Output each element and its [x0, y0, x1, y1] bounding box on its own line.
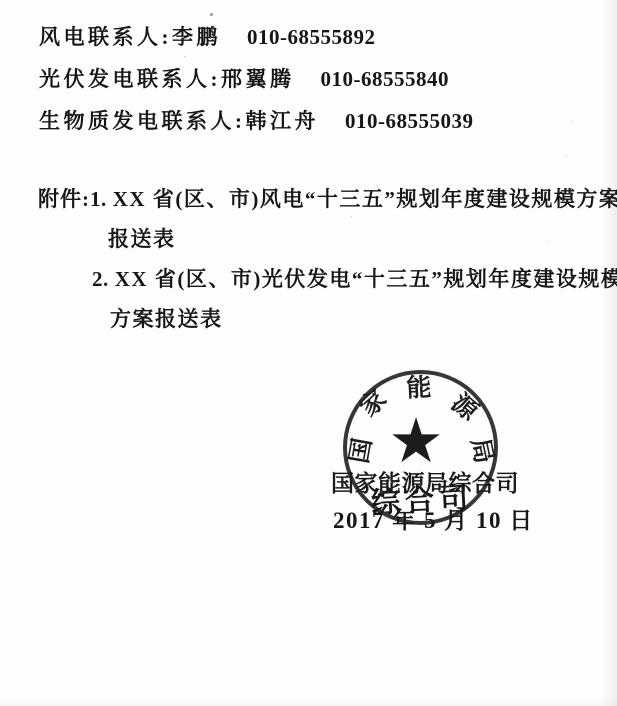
contact-line-solar: 光伏发电联系人:邢翼腾010-68555840: [39, 67, 449, 91]
attachment-number: 2.: [92, 267, 109, 291]
attachment-number: 1.: [90, 187, 107, 211]
scanned-document-page: 风电联系人:李鹏010-68555892 光伏发电联系人:邢翼腾010-6855…: [0, 0, 617, 706]
attachments-label: 附件:: [38, 187, 90, 211]
seal-arc-char: 能: [405, 375, 432, 402]
official-seal: 国 家 能 源 局 ★ 综合司: [343, 370, 498, 525]
seal-arc-char: 国: [347, 436, 377, 466]
scan-edge-shade-right: [601, 0, 617, 706]
seal-arc-char: 局: [466, 436, 497, 467]
seal-inner-title: 综合司: [370, 475, 476, 521]
contact-line-biomass: 生物质发电联系人:韩江舟010-68555039: [39, 109, 474, 133]
contact-phone: 010-68555840: [321, 67, 450, 91]
contact-phone: 010-68555892: [247, 25, 376, 49]
scan-noise-specks: [210, 13, 213, 16]
contact-label: 风电联系人:: [39, 25, 172, 49]
attachment-title: XX 省(区、市)风电“十三五”规划年度建设规模方案: [113, 187, 617, 211]
contact-line-wind: 风电联系人:李鹏010-68555892: [39, 25, 376, 49]
attachment-item-1-line-2: 报送表: [108, 227, 176, 252]
attachment-item-2-line-1: 2.XX 省(区、市)光伏发电“十三五”规划年度建设规模: [92, 267, 617, 292]
scan-edge-shade-bottom: [0, 696, 617, 706]
contact-name: 李鹏: [172, 25, 221, 49]
contact-phone: 010-68555039: [345, 109, 474, 133]
star-icon: ★: [385, 410, 447, 472]
contact-label: 生物质发电联系人:: [39, 109, 246, 133]
attachment-title-cont: 报送表: [108, 227, 176, 251]
attachment-title: XX 省(区、市)光伏发电“十三五”规划年度建设规模: [115, 267, 617, 291]
contact-label: 光伏发电联系人:: [39, 67, 221, 91]
attachment-item-2-line-2: 方案报送表: [110, 307, 223, 332]
contact-name: 邢翼腾: [221, 67, 295, 91]
attachment-item-1-line-1: 附件:1.XX 省(区、市)风电“十三五”规划年度建设规模方案: [38, 187, 617, 212]
attachment-title-cont: 方案报送表: [110, 307, 223, 331]
contact-name: 韩江舟: [246, 109, 320, 133]
